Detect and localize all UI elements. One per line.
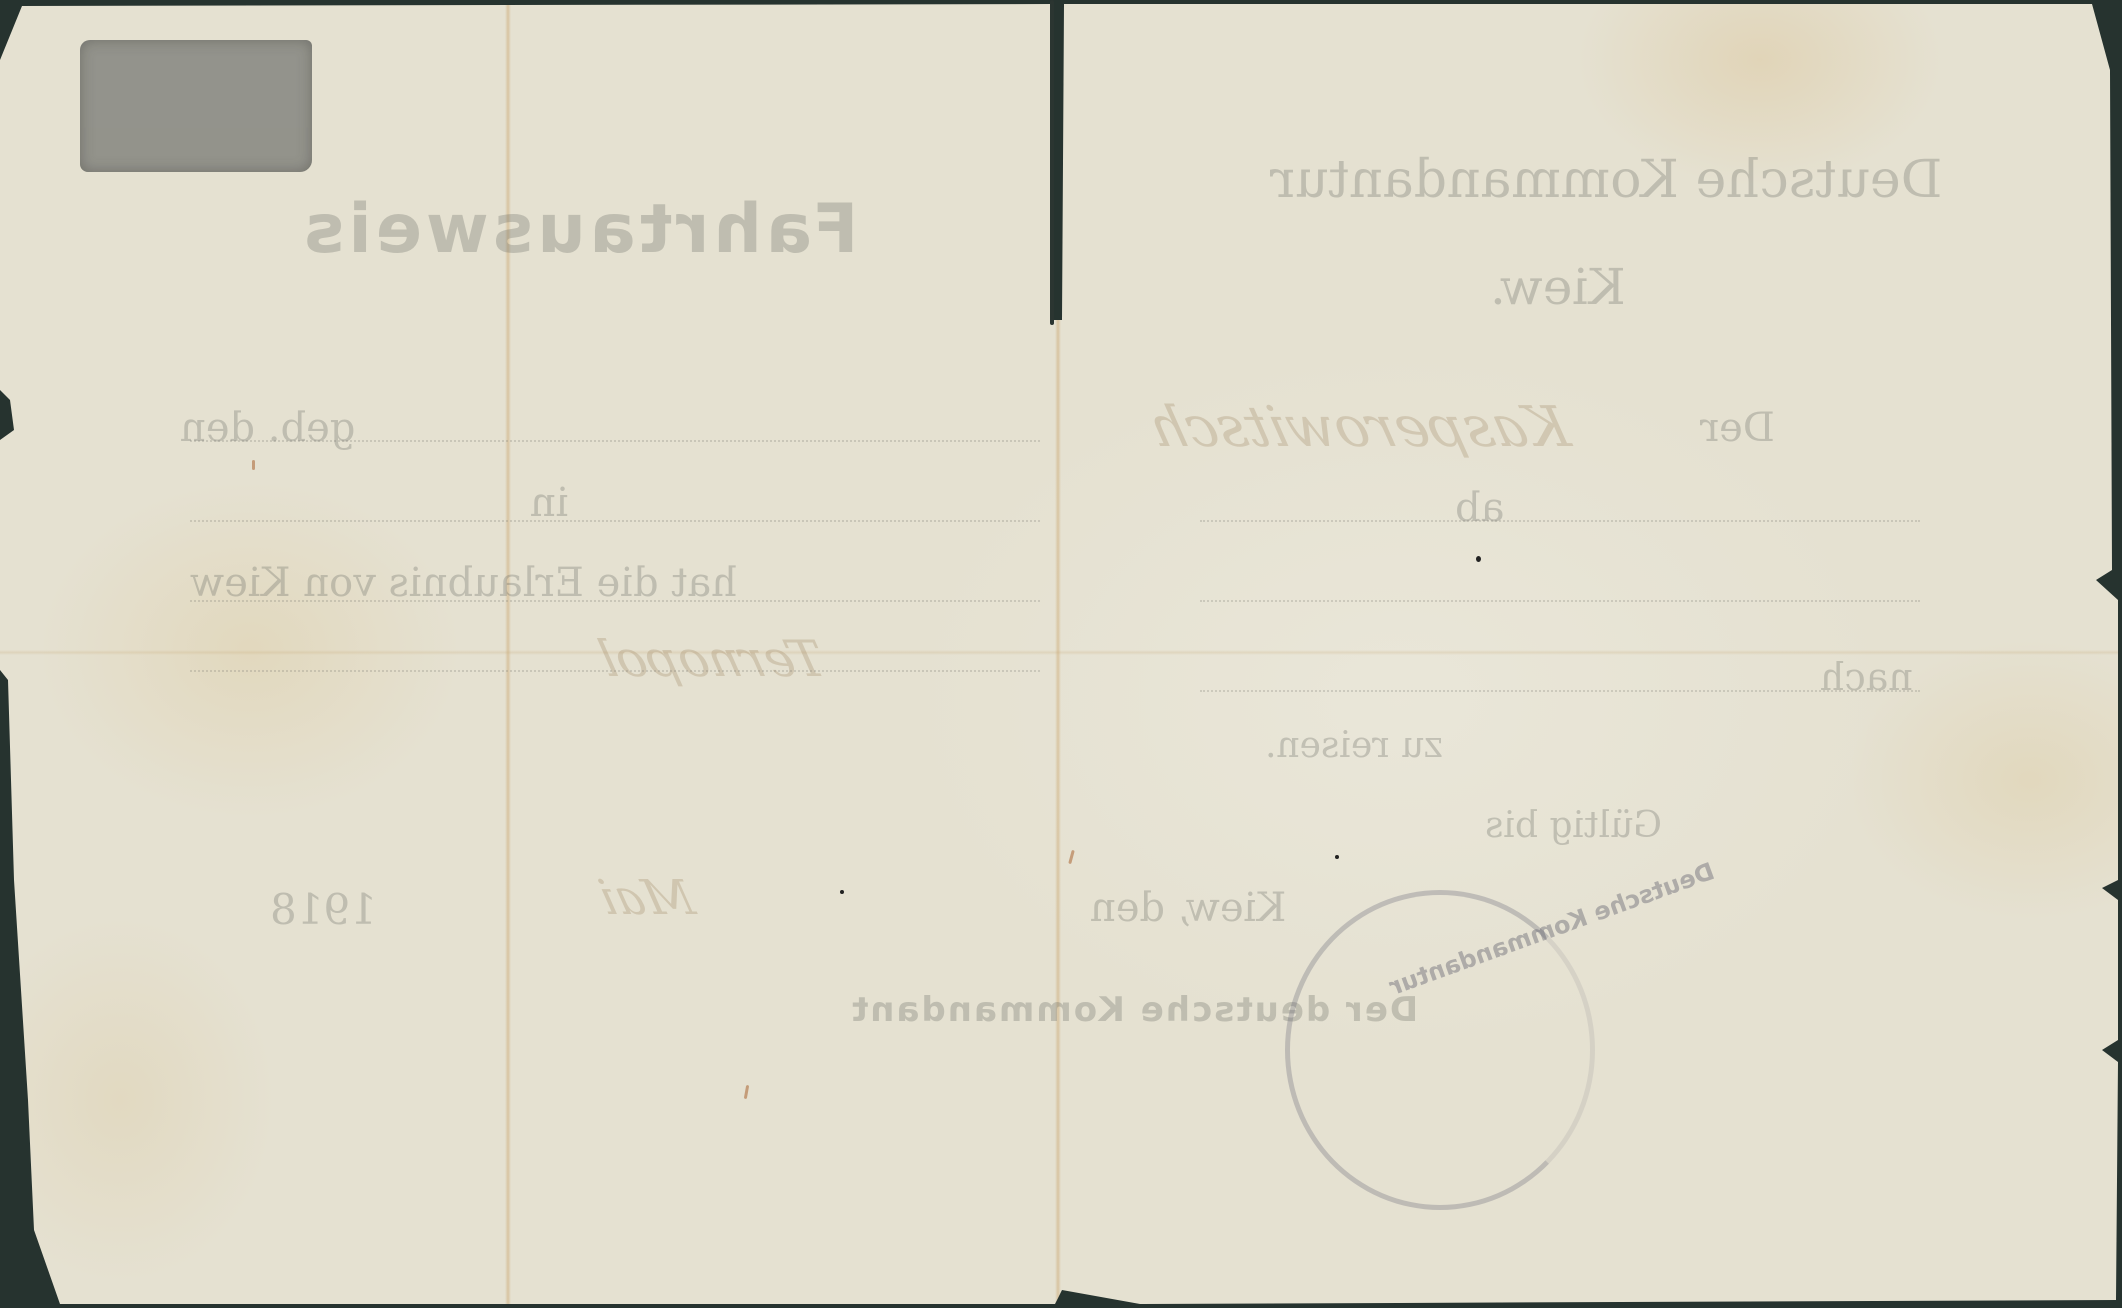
ink-speck: [1476, 556, 1481, 562]
bleed-label-der: Der: [1700, 405, 1775, 451]
dotted-line: [190, 670, 1040, 672]
document-paper: Fahrtausweis geb. den in hat die Erlaubn…: [0, 0, 2122, 1308]
bleed-label-ab: ab: [1455, 485, 1504, 531]
rust-mark: [252, 460, 255, 470]
horizontal-fold: [0, 650, 2122, 655]
bleed-label-nach: nach: [1820, 655, 1913, 699]
dotted-line: [1200, 520, 1920, 522]
dotted-line: [190, 600, 1040, 602]
bleed-handwriting-date: Mai: [593, 870, 700, 926]
bleed-handwriting-name: Kasperowitsch: [1142, 395, 1576, 460]
ink-speck: [1335, 855, 1339, 859]
bleed-heading-kiew: Kiew.: [1490, 258, 1626, 316]
bleed-year: 1918: [270, 885, 377, 934]
dotted-line: [190, 440, 1040, 442]
bleed-handwriting-destination: Ternopol: [593, 630, 831, 688]
dotted-line: [1200, 690, 1920, 692]
bleed-zu-reisen: zu reisen.: [1265, 725, 1443, 766]
dotted-line: [1200, 600, 1920, 602]
bleed-heading-kommandantur: Deutsche Kommandantur: [1270, 150, 1942, 210]
rust-mark: [1068, 850, 1075, 864]
grey-tape-patch: [80, 40, 312, 172]
rust-mark: [744, 1085, 749, 1099]
bleed-geb-den: geb. den: [180, 405, 355, 451]
bleed-kiew-den: Kiew, den: [1090, 885, 1286, 931]
bleed-title-fahrtausweis: Fahrtausweis: [300, 190, 858, 269]
bleed-gueltig-bis: Gültig bis: [1485, 805, 1662, 846]
center-tear: [1050, 0, 1054, 325]
ink-speck: [840, 890, 844, 894]
dotted-line: [190, 520, 1040, 522]
